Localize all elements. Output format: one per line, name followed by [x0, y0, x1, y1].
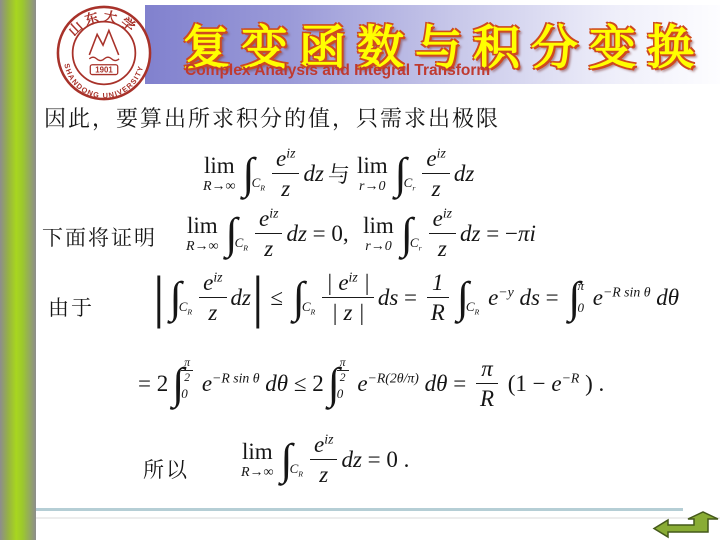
header-banner: 复变函数与积分变换 Complex Analysis and Integral … [145, 5, 720, 84]
math-integral: ∫CR [293, 277, 316, 319]
return-arrow-icon [654, 512, 718, 537]
math-fraction: eizz [310, 432, 337, 487]
math-integral: ∫CR [281, 439, 304, 481]
formula-line-3: |∫CReizzdz| ≤ ∫CR| eiz || z |ds = 1R∫CR … [152, 270, 679, 325]
math-integral: ∫Cr [401, 213, 422, 255]
math-text: ds [378, 285, 398, 311]
math-lim: limR→∞ [203, 154, 236, 194]
math-fraction: 1R [427, 270, 449, 325]
math-text: dz [454, 161, 474, 187]
math-lim: limr→0 [357, 154, 388, 194]
math-text: dz [460, 221, 480, 247]
math-text: = 0, [307, 221, 360, 247]
intro-line: 因此，要算出所求积分的值，只需求出极限 [44, 102, 500, 133]
formula-line-4: = 2∫π20 e−R sin θ dθ ≤ 2∫π20 e−R(2θ/π) d… [138, 356, 604, 411]
math-lim: limR→∞ [186, 214, 219, 254]
math-integral: ∫CR [243, 153, 266, 195]
math-text: e−y ds [482, 285, 540, 311]
math-fraction: eizz [422, 146, 449, 201]
formula-line-2: limR→∞∫CReizzdz = 0, limr→0∫Creizzdz = −… [183, 206, 536, 261]
math-lim: limR→∞ [241, 440, 274, 480]
footer-rule [36, 508, 683, 511]
math-integral: ∫CR [457, 277, 480, 319]
math-integral: ∫CR [226, 213, 249, 255]
math-fraction: eizz [429, 206, 456, 261]
math-text: = [447, 371, 471, 397]
math-integral: ∫Cr [395, 153, 416, 195]
math-text: = [540, 285, 564, 311]
math-bar: | [252, 271, 264, 323]
math-fraction: eizz [199, 270, 226, 325]
math-integral: ∫π20 [172, 363, 193, 405]
math-lim: limr→0 [363, 214, 394, 254]
math-text: 与 [328, 158, 350, 189]
math-text: dz [303, 161, 323, 187]
math-fraction: πR [476, 356, 498, 411]
math-text: = − [480, 221, 517, 247]
math-integral: ∫π20 [328, 363, 349, 405]
math-text: ) . [579, 371, 604, 397]
math-text: dz [231, 285, 251, 311]
return-arrow-button[interactable] [652, 511, 720, 539]
math-text: e−R(2θ/π) dθ [352, 371, 448, 397]
math-text: ≤ 2 [288, 371, 324, 397]
math-text: ≤ [265, 285, 289, 311]
math-text: = 2 [138, 371, 168, 397]
math-fraction: eizz [255, 206, 282, 261]
math-text: e−R [551, 371, 579, 397]
math-text: = [398, 285, 422, 311]
label-since: 由于 [48, 292, 94, 322]
footer-rule-faint [36, 517, 720, 519]
side-accent-bar [0, 0, 36, 540]
math-text: e−R sin θ dθ [587, 285, 679, 311]
math-text: dz [286, 221, 306, 247]
math-integral: ∫π0 [568, 277, 584, 319]
math-bar: | [153, 271, 165, 323]
math-fraction: | eiz || z | [322, 270, 374, 325]
math-integral: ∫CR [170, 277, 193, 319]
page-subtitle: Complex Analysis and Integral Transform [185, 62, 490, 80]
math-text: (1 − [502, 371, 551, 397]
label-so: 所以 [143, 454, 189, 484]
formula-line-1: limR→∞∫CReizzdz与limr→0∫Creizzdz [200, 146, 474, 201]
logo-year: 1901 [95, 66, 113, 75]
slide: 复变函数与积分变换 Complex Analysis and Integral … [0, 0, 720, 540]
math-text: e−R sin θ dθ [196, 371, 288, 397]
math-text: = 0 . [362, 447, 409, 473]
math-text: dz [341, 447, 361, 473]
formula-line-5: limR→∞∫CReizzdz = 0 . [238, 432, 409, 487]
math-fraction: eizz [272, 146, 299, 201]
university-logo: SHANDONG UNIVERSITY 山东大学 1901 [55, 4, 153, 102]
math-text: πi [518, 221, 536, 247]
label-prove: 下面将证明 [42, 222, 157, 252]
